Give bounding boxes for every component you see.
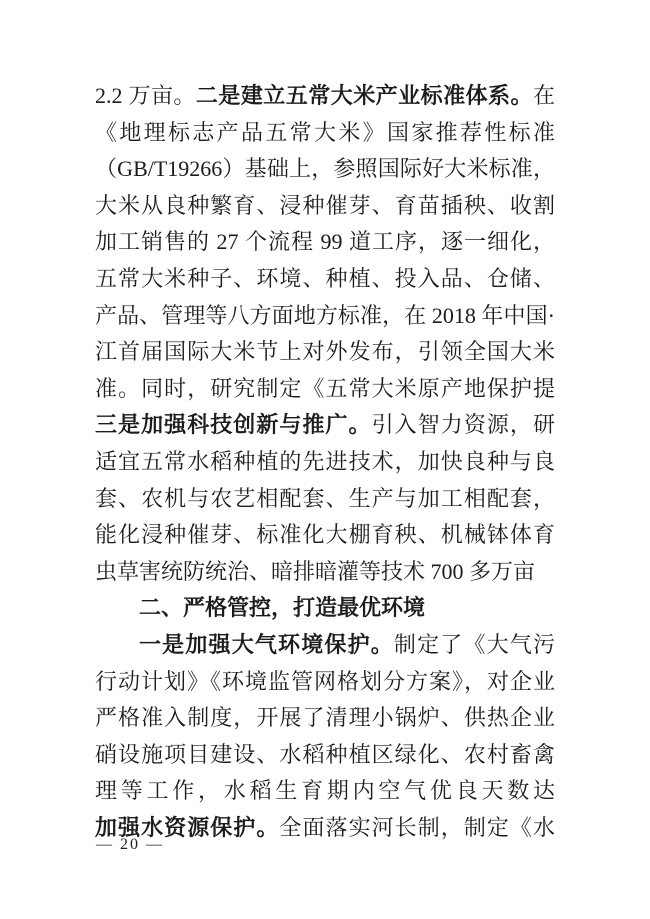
bold-text-segment: 二、严格管控，打造最优环境	[139, 595, 425, 620]
text-segment: 加工销售的 27 个流程 99 道工序，逐一细化，制定了	[95, 229, 555, 261]
text-line: 严格准入制度，开展了清理小锅炉、供热企业脱硫脱	[95, 700, 555, 737]
text-segment: 适宜五常水稻种植的先进技术，加快良种与良法相配	[95, 449, 555, 481]
bold-text-segment: 一是加强大气环境保护。	[139, 632, 394, 657]
text-line: 虫草害统防统治、暗排暗灌等技术 700 多万亩次。	[95, 554, 555, 591]
text-line: 准。同时，研究制定《五常大米原产地保护提升规划》。	[95, 371, 555, 408]
text-segment: 硝设施项目建设、水稻种植区绿化、农村畜禽粪污处	[95, 742, 555, 774]
text-segment: 大米从良种繁育、浸种催芽、育苗插秧、收割仓储到	[95, 193, 555, 225]
text-line: （GB/T19266）基础上，参照国际好大米标准，对五常	[95, 151, 555, 188]
bold-text-segment: 二是建立五常大米产业标准体系。	[196, 83, 533, 108]
text-segment: 产品、管理等八方面地方标准，在 2018 年中国·黑龙	[95, 303, 555, 335]
text-line: 能化浸种催芽、标准化大棚育秧、机械钵体育苗、病	[95, 517, 555, 554]
text-segment: 五常大米种子、环境、种植、投入品、仓储、加工、	[95, 266, 555, 298]
text-line: 江首届国际大米节上对外发布，引领全国大米行业标	[95, 334, 555, 371]
bold-text-segment: 三是加强科技创新与推广。	[95, 412, 372, 437]
text-line: 硝设施项目建设、水稻种植区绿化、农村畜禽粪污处	[95, 737, 555, 774]
document-page: 2.2 万亩。二是建立五常大米产业标准体系。在执行《地理标志产品五常大米》国家推…	[0, 0, 650, 919]
text-line: 三是加强科技创新与推广。引入智力资源，研发推广	[95, 407, 555, 444]
text-line: 《地理标志产品五常大米》国家推荐性标准	[95, 115, 555, 152]
text-segment: 理等工作，水稻生育期内空气优良天数达 100%。	[95, 778, 555, 810]
text-segment: 能化浸种催芽、标准化大棚育秧、机械钵体育苗、病	[95, 522, 555, 554]
text-line: 行动计划》《环境监管网格划分方案》，对企业实行	[95, 664, 555, 701]
text-segment: 江首届国际大米节上对外发布，引领全国大米行业标	[95, 339, 555, 371]
text-line: 一是加强大气环境保护。制定了《大气污染防治	[95, 627, 555, 664]
text-segment: 虫草害统防统治、暗排暗灌等技术 700 多万亩次。	[95, 559, 535, 591]
text-line: 理等工作，水稻生育期内空气优良天数达 100%。二是	[95, 773, 555, 810]
text-segment: 《地理标志产品五常大米》国家推荐性标准	[95, 120, 555, 145]
text-segment: 严格准入制度，开展了清理小锅炉、供热企业脱硫脱	[95, 705, 555, 737]
page-number: — 20 —	[96, 834, 164, 856]
text-segment: 2.2 万亩。	[95, 83, 196, 108]
text-segment: （GB/T19266）基础上，参照国际好大米标准，对五常	[95, 156, 555, 188]
text-line: 大米从良种繁育、浸种催芽、育苗插秧、收割仓储到	[95, 188, 555, 225]
page-body: 2.2 万亩。二是建立五常大米产业标准体系。在执行《地理标志产品五常大米》国家推…	[95, 78, 555, 846]
text-line: 加工销售的 27 个流程 99 道工序，逐一细化，制定了	[95, 224, 555, 261]
text-segment: 准。同时，研究制定《五常大米原产地保护提升规划》。	[95, 376, 555, 408]
text-line: 2.2 万亩。二是建立五常大米产业标准体系。在执行	[95, 78, 555, 115]
text-segment: 套、农机与农艺相配套、生产与加工相配套，推广智	[95, 486, 555, 518]
text-line: 产品、管理等八方面地方标准，在 2018 年中国·黑龙	[95, 298, 555, 335]
text-segment: 行动计划》《环境监管网格划分方案》，对企业实行	[95, 669, 555, 701]
text-line: 加强水资源保护。全面落实河长制，制定《水污染防	[95, 810, 555, 847]
text-line: 套、农机与农艺相配套、生产与加工相配套，推广智	[95, 481, 555, 518]
text-line: 适宜五常水稻种植的先进技术，加快良种与良法相配	[95, 444, 555, 481]
text-line: 二、严格管控，打造最优环境	[95, 590, 555, 627]
text-line: 五常大米种子、环境、种植、投入品、仓储、加工、	[95, 261, 555, 298]
